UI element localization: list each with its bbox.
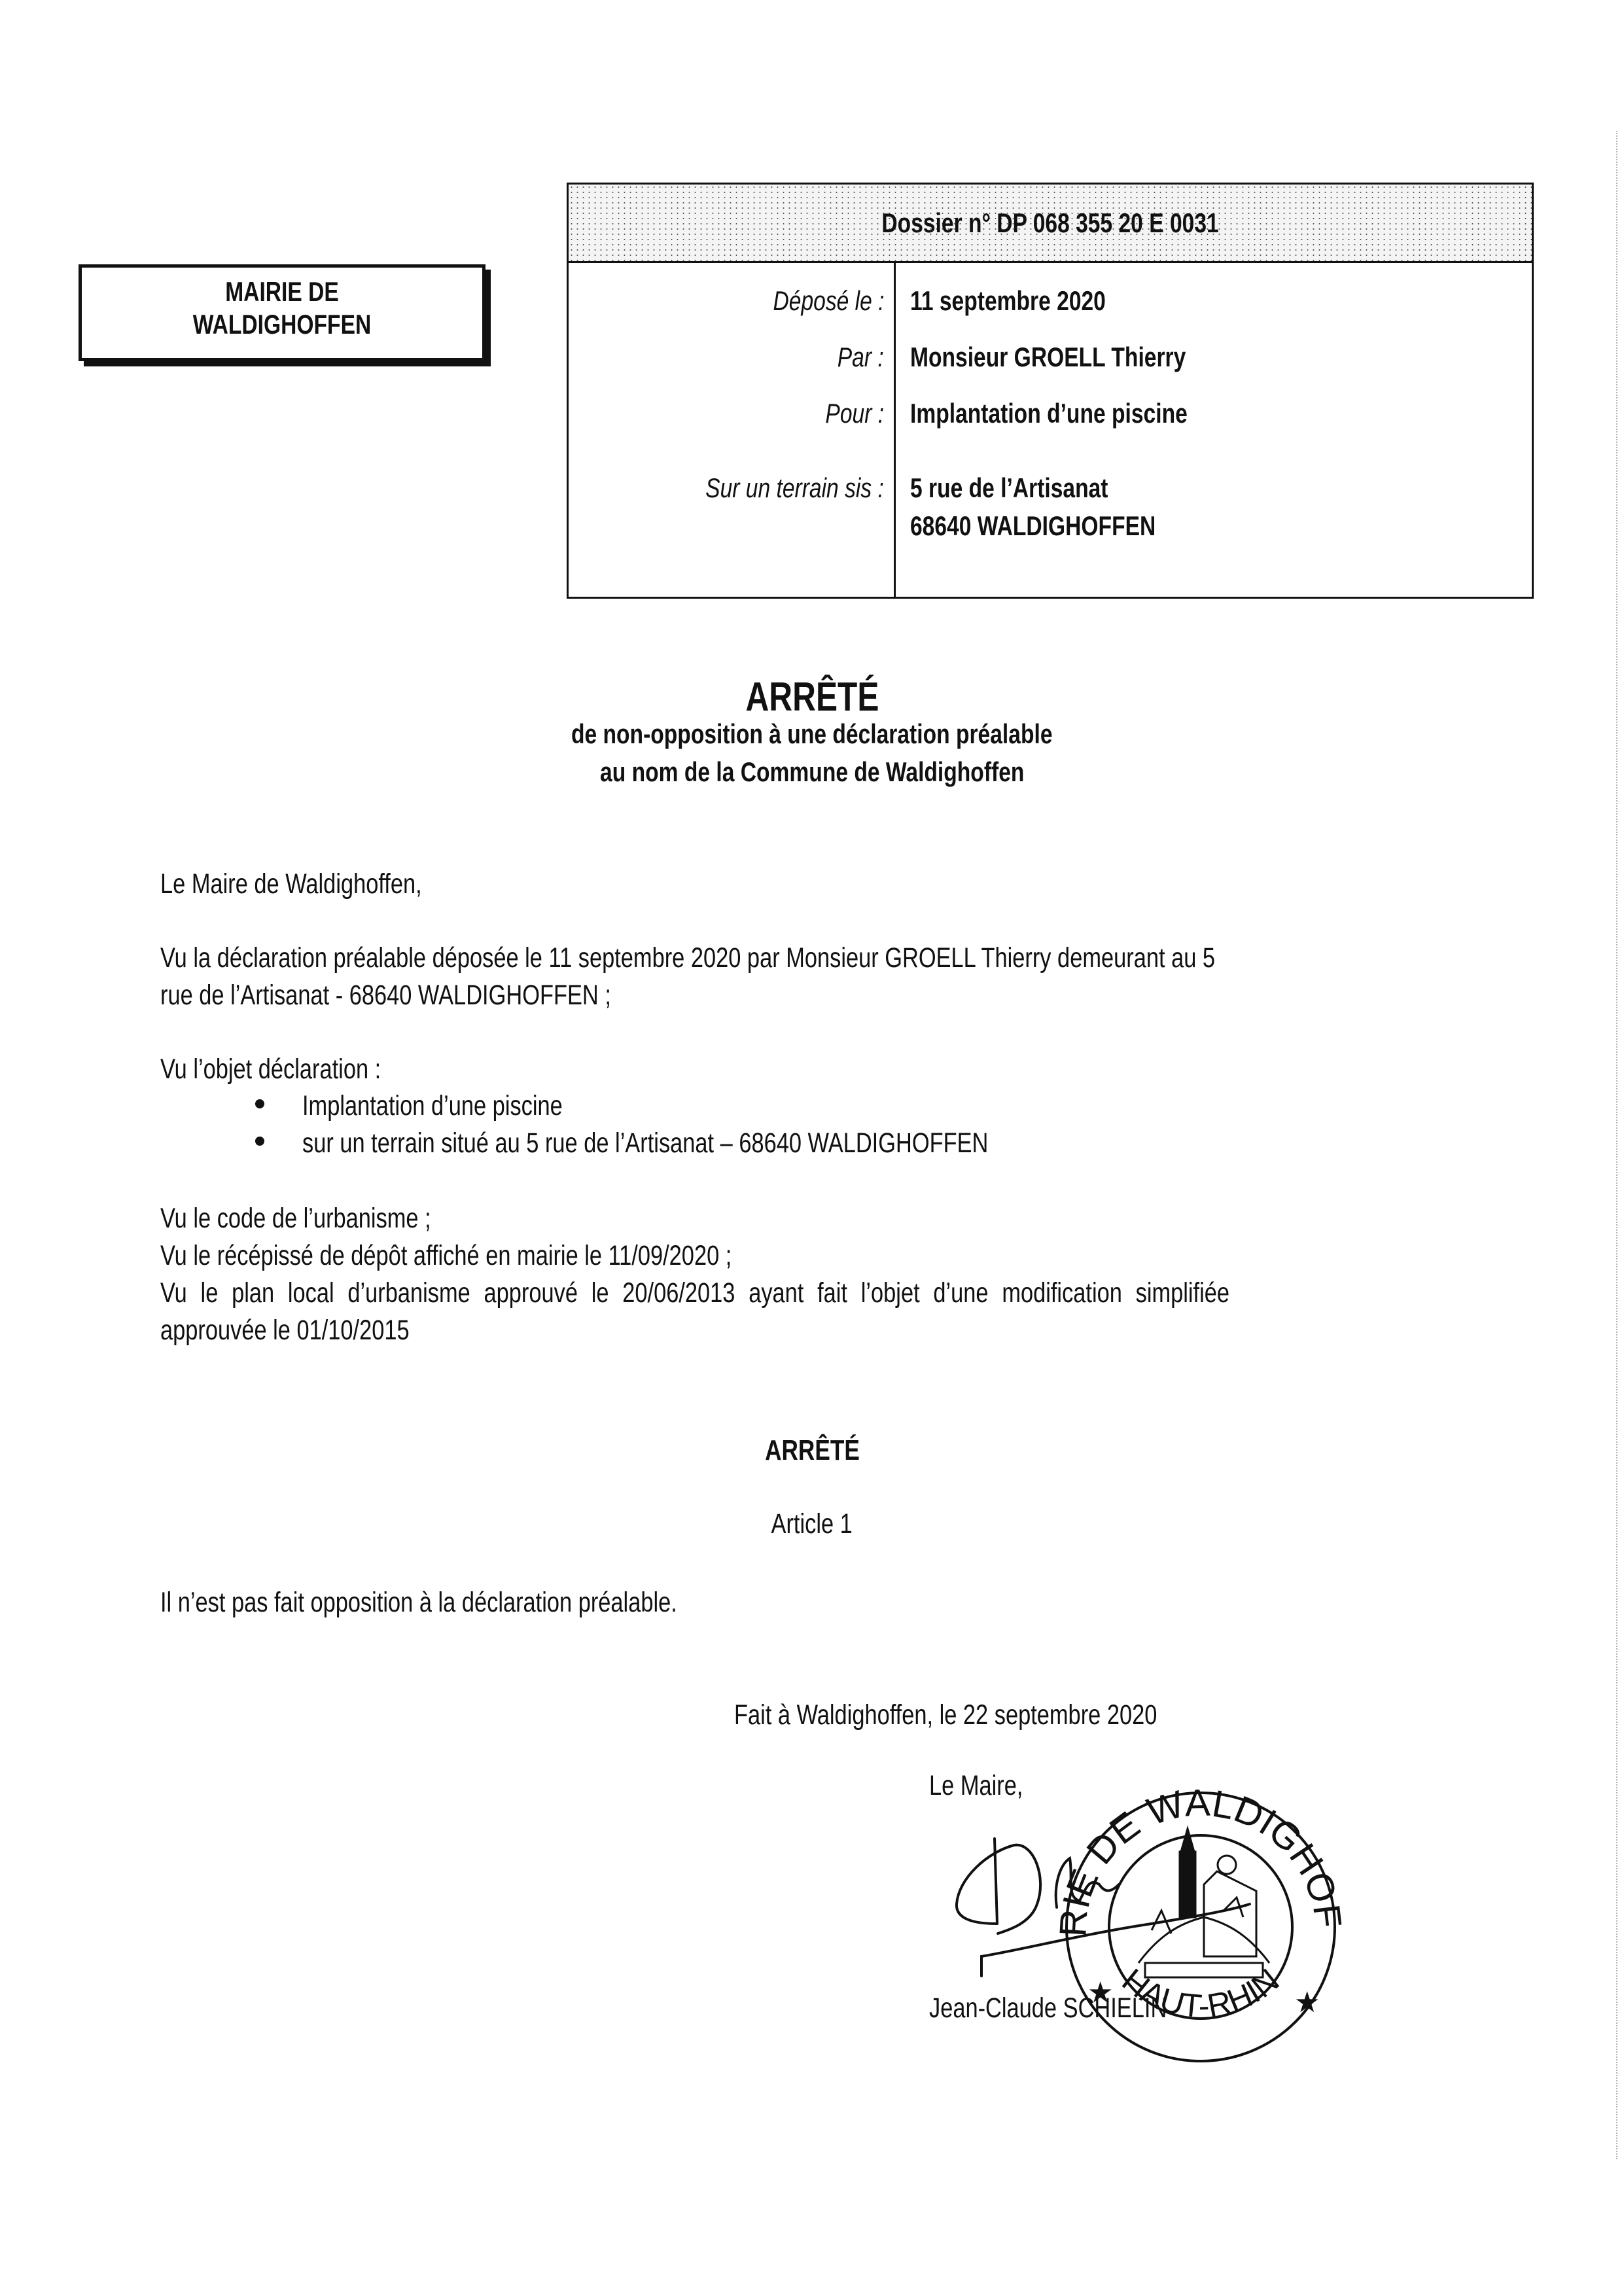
value-terrain-street: 5 rue de l’Artisanat	[910, 472, 1157, 504]
bullet-icon	[255, 1099, 264, 1108]
document-subtitle-2: au nom de la Commune de Waldighoffen	[0, 756, 1624, 788]
margin-scan-line	[1616, 131, 1617, 2159]
vu-code-text: Vu le code de l’urbanisme ;	[160, 1199, 499, 1237]
dossier-column-divider	[894, 261, 896, 597]
dossier-number: Dossier n° DP 068 355 20 E 0031	[881, 185, 1218, 261]
svg-text:★: ★	[1087, 1977, 1113, 2009]
article-text: Il n’est pas fait opposition à la déclar…	[160, 1583, 806, 1621]
place-date: Fait à Waldighoffen, le 22 septembre 202…	[734, 1696, 1263, 1734]
label-par: Par :	[826, 342, 884, 373]
svg-text:HAUT-RHIN: HAUT-RHIN	[1116, 1962, 1286, 2025]
svg-text:MAIRIE DE WALDIGHOFFEN: MAIRIE DE WALDIGHOFFEN	[1047, 1767, 1350, 1938]
mairie-line-1: MAIRIE DE	[122, 275, 442, 308]
mairie-header-box: MAIRIE DE WALDIGHOFFEN	[79, 264, 485, 361]
vu-plu-line-2: approuvée le 01/10/2015	[160, 1311, 472, 1349]
decision-heading: ARRÊTÉ	[0, 1434, 1624, 1467]
official-stamp-icon: MAIRIE DE WALDIGHOFFEN HAUT-RHIN ★ ★	[1047, 1767, 1354, 2081]
label-terrain: Sur un terrain sis :	[661, 472, 884, 504]
value-pour: Implantation d’une piscine	[910, 398, 1257, 429]
article-heading: Article 1	[0, 1508, 1624, 1540]
mairie-line-2: WALDIGHOFFEN	[122, 308, 442, 341]
vu-recepisse-text: Vu le récépissé de dépôt affiché en mair…	[160, 1237, 875, 1275]
vu-plu-line-1: Vu le plan local d’urbanisme approuvé le…	[160, 1274, 1439, 1312]
svg-text:★: ★	[1294, 1987, 1320, 2019]
document-title: ARRÊTÉ	[0, 674, 1624, 720]
vu-objet-text: Vu l’objet déclaration :	[160, 1050, 436, 1088]
dossier-info-box: Dossier n° DP 068 355 20 E 0031 Déposé l…	[567, 183, 1534, 599]
label-depose: Déposé le :	[745, 285, 884, 317]
intro-text: Le Maire de Waldighoffen,	[160, 865, 487, 903]
value-terrain-city: 68640 WALDIGHOFFEN	[910, 510, 1217, 542]
vu-declaration-line-1: Vu la déclaration préalable déposée le 1…	[160, 939, 1479, 977]
label-pour: Pour :	[811, 398, 884, 429]
bullet-icon	[255, 1137, 264, 1146]
bullet-item-2: sur un terrain situé au 5 rue de l’Artis…	[302, 1124, 1160, 1162]
dossier-header: Dossier n° DP 068 355 20 E 0031	[569, 185, 1532, 263]
bullet-item-1: Implantation d’une piscine	[302, 1087, 627, 1125]
signatory-role: Le Maire,	[929, 1767, 1046, 1805]
document-subtitle-1: de non-opposition à une déclaration préa…	[0, 718, 1624, 750]
value-par: Monsieur GROELL Thierry	[910, 342, 1255, 373]
value-depose: 11 septembre 2020	[910, 285, 1155, 317]
vu-declaration-line-2: rue de l’Artisanat - 68640 WALDIGHOFFEN …	[160, 976, 724, 1014]
